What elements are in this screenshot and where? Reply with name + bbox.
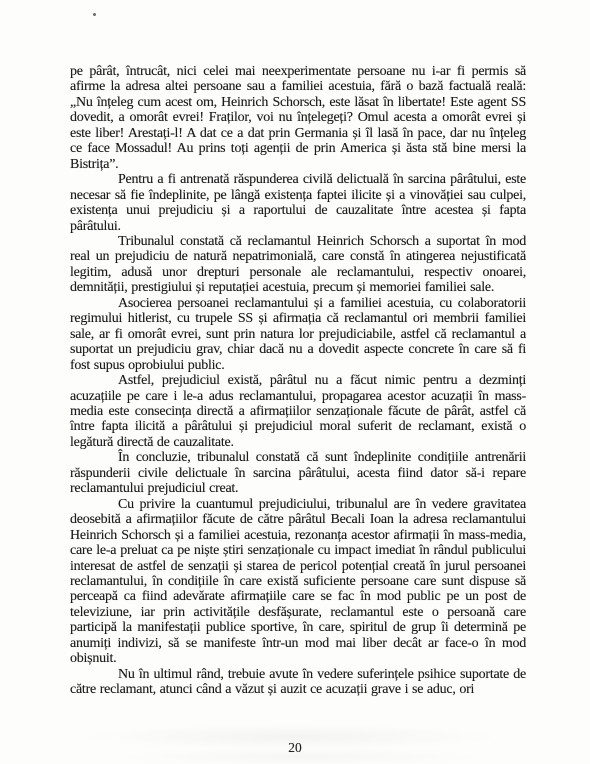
paragraph: Pentru a fi antrenată răspunderea civilă… <box>70 172 526 234</box>
paragraph: Tribunalul constată că reclamantul Heinr… <box>70 234 526 296</box>
scan-speck <box>93 13 96 16</box>
paragraph: pe pârât, întrucât, nici celei mai neexp… <box>70 64 526 172</box>
paragraph: În concluzie, tribunalul constată că sun… <box>70 450 526 496</box>
paragraph: Cu privire la cuantumul prejudiciului, t… <box>70 497 526 667</box>
paragraph: Nu în ultimul rând, trebuie avute în ved… <box>70 667 526 698</box>
paragraph: Asocierea persoanei reclamantului și a f… <box>70 296 526 373</box>
page-number: 20 <box>0 740 590 756</box>
document-page: pe pârât, întrucât, nici celei mai neexp… <box>0 0 590 764</box>
paragraph: Astfel, prejudiciul există, pârâtul nu a… <box>70 373 526 450</box>
text-block: pe pârât, întrucât, nici celei mai neexp… <box>70 64 526 698</box>
